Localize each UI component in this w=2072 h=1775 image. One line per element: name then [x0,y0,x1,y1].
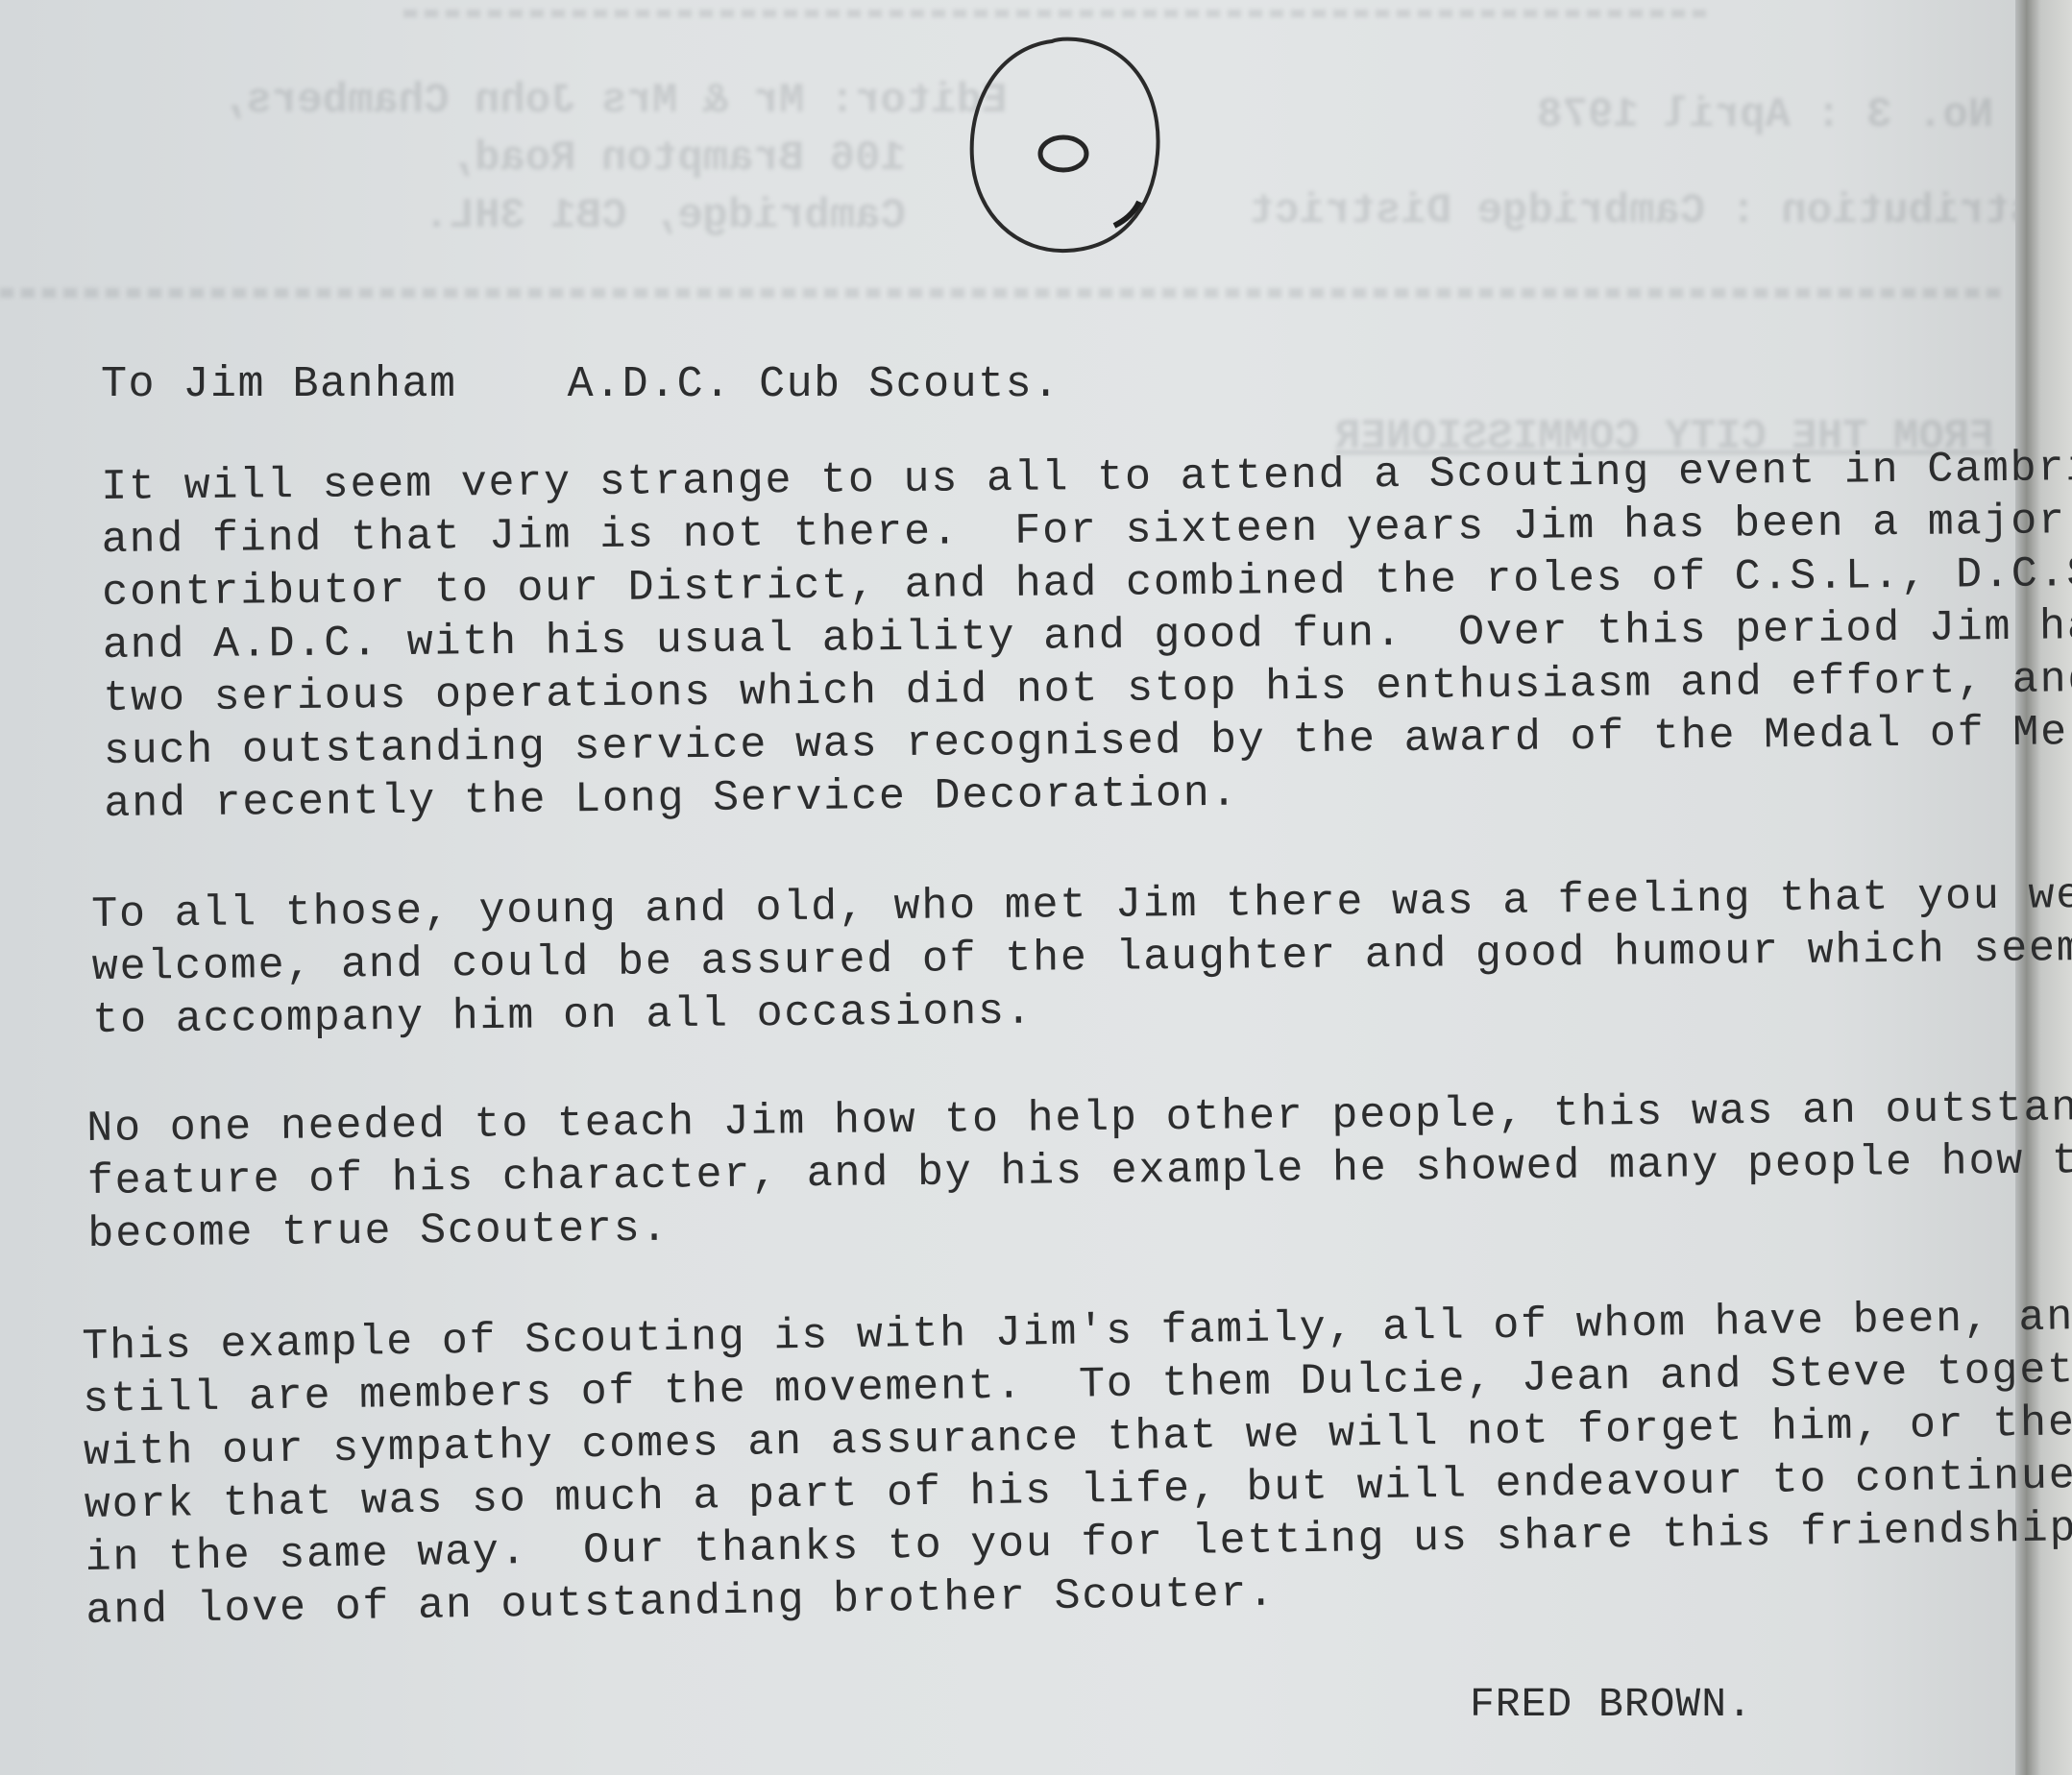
paragraph-1: It will seem very strange to us all to a… [101,441,2072,831]
addressee-name: To Jim Banham [101,360,457,409]
paragraph-4: This example of Scouting is with Jim's f… [82,1290,2072,1638]
show-through-rule [0,288,2008,298]
addressee-role: A.D.C. Cub Scouts. [568,360,1060,409]
signature: FRED BROWN. [1470,1681,1753,1728]
show-through-issue: No. 3 : April 1978 [1537,91,1993,139]
show-through-rule-top [403,10,1710,17]
paragraph-2: To all those, young and old, who met Jim… [91,869,2072,1047]
hand-drawn-ring-icon [961,34,1172,259]
show-through-editor: Editor: Mr & Mrs John Chambers, 106 Bram… [221,72,1008,245]
addressee-line: To Jim BanhamA.D.C. Cub Scouts. [101,360,1060,409]
paragraph-3: No one needed to teach Jim how to help o… [86,1081,2072,1261]
show-through-distribution: Distribution : Cambridge District [1249,187,2072,235]
